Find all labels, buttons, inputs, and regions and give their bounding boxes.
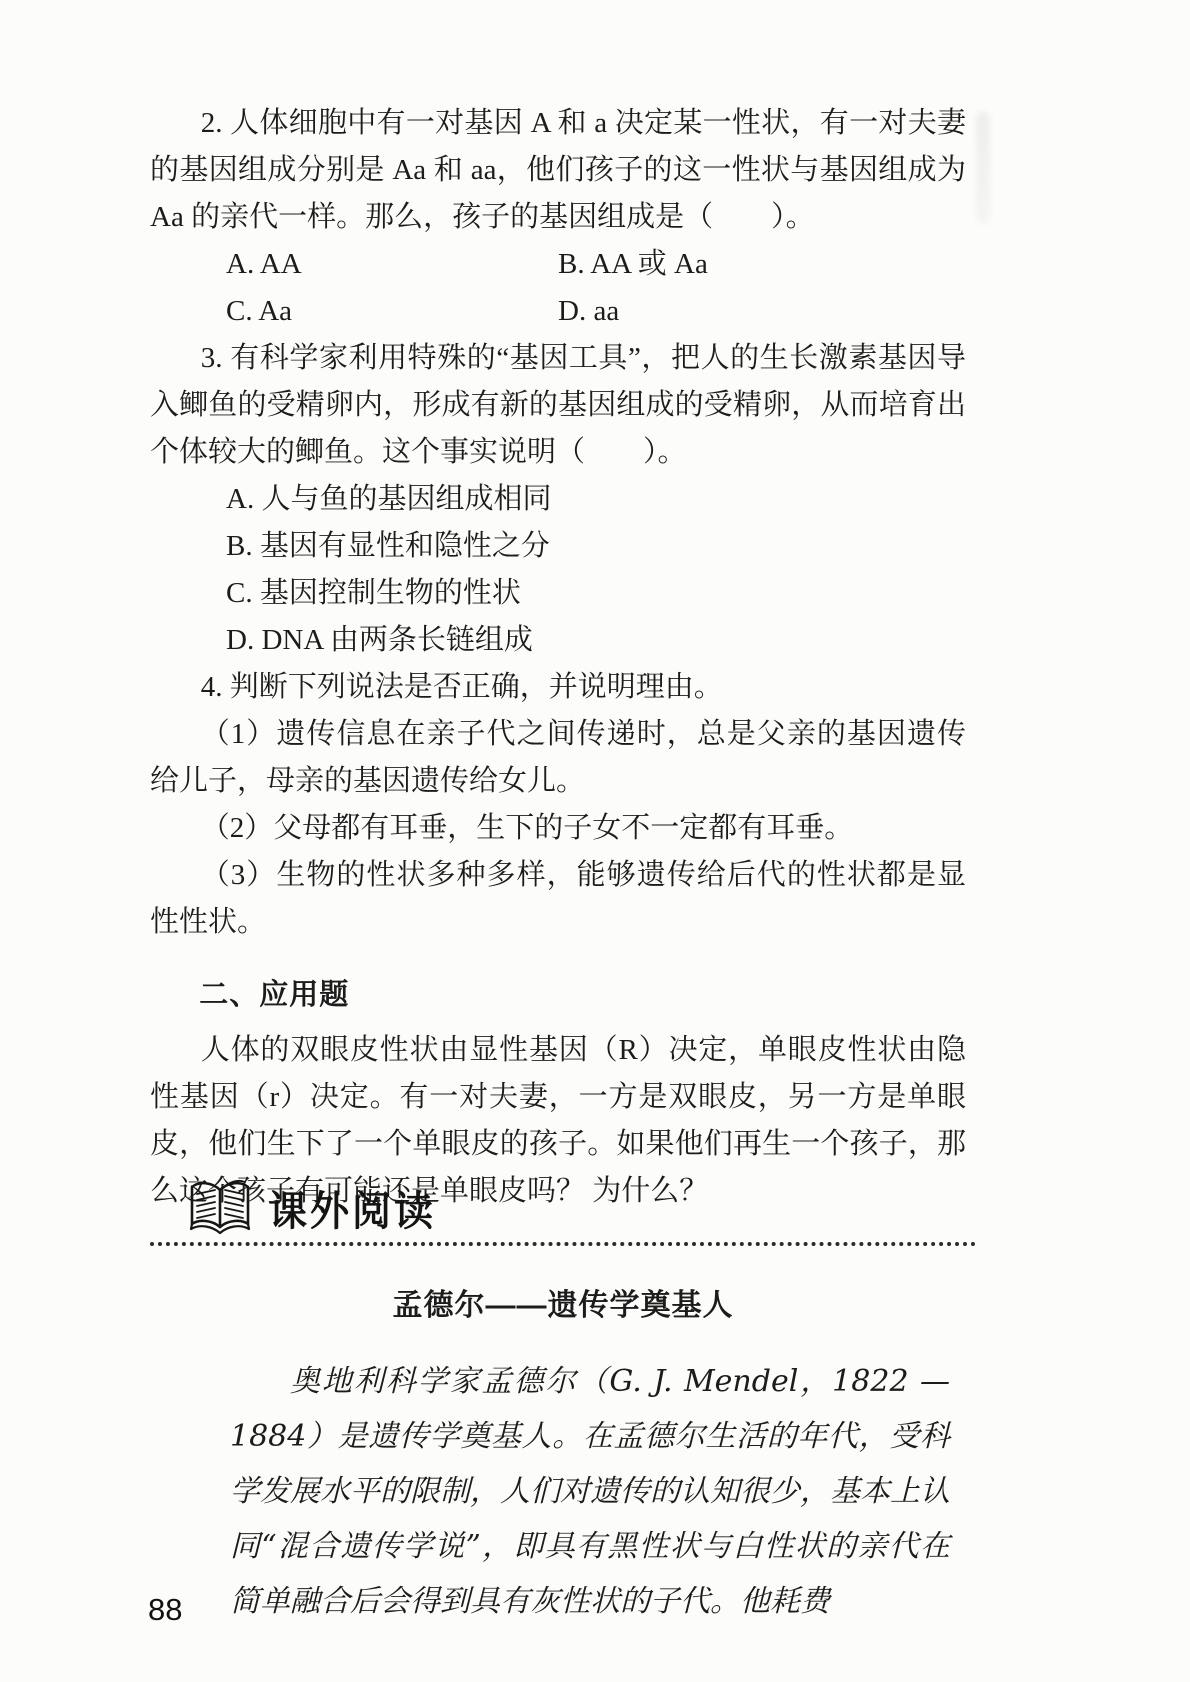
exercise-content: 2. 人体细胞中有一对基因 A 和 a 决定某一性状，有一对夫妻的基因组成分别是… xyxy=(150,100,966,1215)
scan-artifact xyxy=(976,112,990,224)
question-2-option-b: B. AA 或 Aa xyxy=(558,241,966,288)
question-2-text: 2. 人体细胞中有一对基因 A 和 a 决定某一性状，有一对夫妻的基因组成分别是… xyxy=(150,100,966,241)
question-2-options: A. AA B. AA 或 Aa C. Aa D. aa xyxy=(226,241,966,335)
reading-header: 课外阅读 xyxy=(188,1176,976,1240)
extracurricular-reading-section: 课外阅读 孟德尔——遗传学奠基人 奥地利科学家孟德尔（G. J. Mendel，… xyxy=(150,1176,976,1629)
page-number: 88 xyxy=(148,1592,182,1628)
question-3-option-a: A. 人与鱼的基因组成相同 xyxy=(226,476,966,523)
section-2-heading: 二、应用题 xyxy=(150,972,966,1019)
question-4-item-3: （3）生物的性状多种多样，能够遗传给后代的性状都是显性性状。 xyxy=(150,852,966,946)
question-2-option-d: D. aa xyxy=(558,288,966,335)
dotted-divider xyxy=(150,1242,976,1246)
question-4-item-1: （1）遗传信息在亲子代之间传递时，总是父亲的基因遗传给儿子，母亲的基因遗传给女儿… xyxy=(150,711,966,805)
question-4-item-2: （2）父母都有耳垂，生下的子女不一定都有耳垂。 xyxy=(150,805,966,852)
question-3-option-c: C. 基因控制生物的性状 xyxy=(226,570,966,617)
textbook-page: 2. 人体细胞中有一对基因 A 和 a 决定某一性状，有一对夫妻的基因组成分别是… xyxy=(0,0,1190,1682)
reading-title: 孟德尔——遗传学奠基人 xyxy=(150,1280,976,1324)
question-3-option-d: D. DNA 由两条长链组成 xyxy=(226,617,966,664)
reading-header-label: 课外阅读 xyxy=(268,1179,436,1238)
open-book-icon xyxy=(188,1178,252,1238)
question-3-text: 3. 有科学家利用特殊的“基因工具”，把人的生长激素基因导入鲫鱼的受精卵内，形成… xyxy=(150,335,966,476)
question-3-options: A. 人与鱼的基因组成相同 B. 基因有显性和隐性之分 C. 基因控制生物的性状… xyxy=(226,476,966,664)
reading-body: 奥地利科学家孟德尔（G. J. Mendel，1822 — 1884）是遗传学奠… xyxy=(230,1354,950,1629)
question-2-option-c: C. Aa xyxy=(226,288,558,335)
question-3-option-b: B. 基因有显性和隐性之分 xyxy=(226,523,966,570)
question-2-option-a: A. AA xyxy=(226,241,558,288)
question-4-text: 4. 判断下列说法是否正确，并说明理由。 xyxy=(150,664,966,711)
